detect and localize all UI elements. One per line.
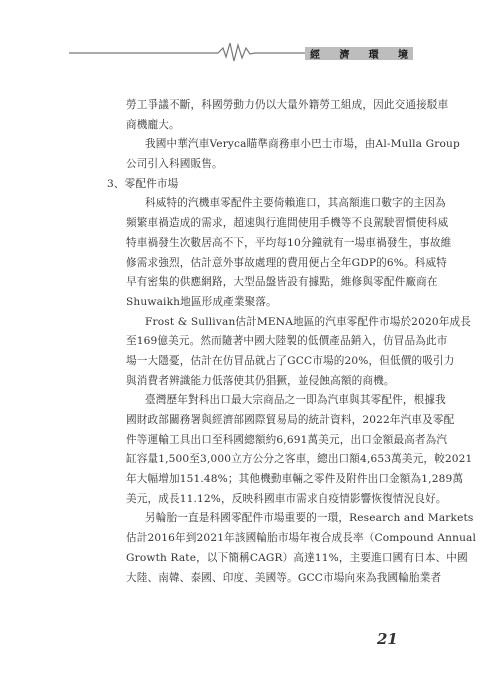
text-line: 至169億美元。然而隨著中國大陸製的低價產品銷入，仿冒品為此市 bbox=[126, 332, 410, 352]
section-title-badge: 經 濟 環 境 bbox=[305, 47, 413, 60]
text-line: Growth Rate，以下簡稱CAGR）高達11%，主要進口國有日本、中國 bbox=[126, 549, 410, 569]
text-line: Shuwaikh地區形成產業聚落。 bbox=[126, 293, 410, 313]
section-title-char: 環 bbox=[369, 46, 379, 61]
page-number: 21 bbox=[377, 630, 398, 648]
section-title-char: 濟 bbox=[339, 46, 349, 61]
text-line: 美元，成長11.12%，反映科國車市需求自疫情影響恢復情況良好。 bbox=[126, 490, 410, 510]
section-heading: 3、零配件市場 bbox=[107, 175, 410, 195]
text-line: 國財政部關務署與經濟部國際貿易局的統計資料，2022年汽車及零配 bbox=[126, 411, 410, 431]
text-line: 與消費者辨識能力低落使其仍猖獗，並侵蝕高額的商機。 bbox=[126, 372, 410, 392]
paragraph-start: 另輪胎一直是科國零配件市場重要的一環，Research and Markets bbox=[126, 509, 410, 529]
text-line: 勞工爭議不斷，科國勞動力仍以大量外籍勞工組成，因此交通接駁車 bbox=[126, 96, 410, 116]
text-line: 年大幅增加151.48%；其他機動車輛之零件及附件出口金額為1,289萬 bbox=[126, 470, 410, 490]
text-line: 場一大隱憂，估計在仿冒品就占了GCC市場的20%，但低價的吸引力 bbox=[126, 352, 410, 372]
text-line: 早有密集的供應網路，大型品盤皆設有據點，維修與零配件廠商在 bbox=[126, 273, 410, 293]
paragraph-start: 我國中華汽車Veryca瞄準商務車小巴士市場，由Al-Mulla Group bbox=[126, 135, 410, 155]
paragraph-start: 科威特的汽機車零配件主要倚賴進口，其高額進口數字的主因為 bbox=[126, 194, 410, 214]
text-line: 特車禍發生次數居高不下，平均每10分鐘就有一場車禍發生，事故維 bbox=[126, 234, 410, 254]
text-line: 修需求強烈，估計意外事故處理的費用便占全年GDP的6%。科威特 bbox=[126, 254, 410, 274]
section-title-char: 境 bbox=[398, 46, 408, 61]
paragraph-start: Frost & Sullivan估計MENA地區的汽車零配件市場於2020年成長 bbox=[126, 313, 410, 333]
page-body-text: 勞工爭議不斷，科國勞動力仍以大量外籍勞工組成，因此交通接駁車 商機龐大。 我國中… bbox=[126, 96, 410, 588]
paragraph-start: 臺灣歷年對科出口最大宗商品之一即為汽車與其零配件，根據我 bbox=[126, 391, 410, 411]
section-title-char: 經 bbox=[310, 46, 320, 61]
text-line: 估計2016年到2021年該國輪胎市場年複合成長率（Compound Annua… bbox=[126, 529, 410, 549]
text-line: 件等運輸工具出口至科國總額約6,691萬美元，出口金額最高者為汽 bbox=[126, 431, 410, 451]
text-line: 商機龐大。 bbox=[126, 116, 410, 136]
text-line: 公司引入科國販售。 bbox=[126, 155, 410, 175]
text-line: 大陸、南韓、泰國、印度、美國等。GCC市場向來為我國輪胎業者 bbox=[126, 569, 410, 589]
text-line: 頻繁車禍造成的需求，超速與行進間使用手機等不良駕駛習慣使科威 bbox=[126, 214, 410, 234]
text-line: 缸容量1,500至3,000立方公分之客車，總出口額4,653萬美元，較2021 bbox=[126, 450, 410, 470]
